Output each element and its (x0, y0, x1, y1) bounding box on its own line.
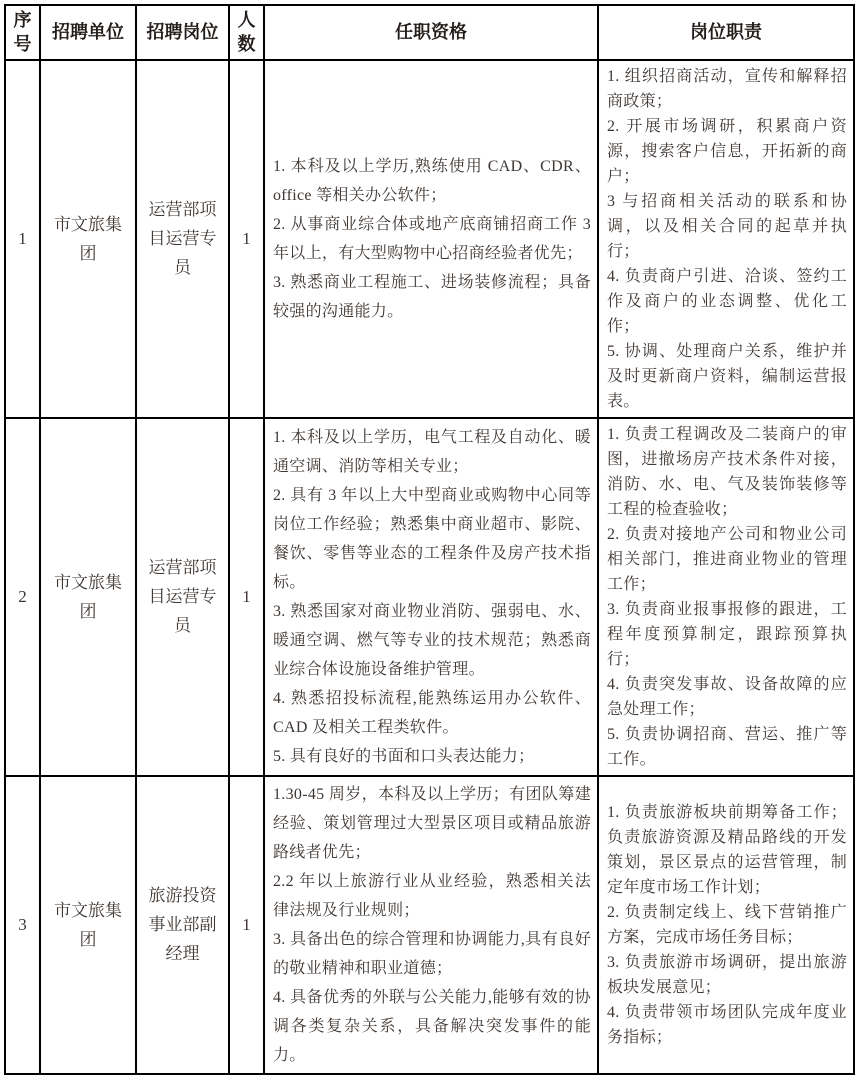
row-2-headcount-cell: 1 (229, 418, 264, 776)
text-item: 3 与招商相关活动的联系和协调，以及相关合同的起草并执行； (607, 189, 847, 264)
text-item: 1. 本科及以上学历，电气工程及自动化、暖通空调、消防等相关专业； (273, 423, 591, 481)
row-2-qualifications-cell: 1. 本科及以上学历，电气工程及自动化、暖通空调、消防等相关专业；2. 具有 3… (264, 418, 598, 776)
row-2-unit-cell: 市文旅集团 (40, 418, 136, 776)
row-3-no-cell: 3 (5, 776, 40, 1074)
text-item: 3. 熟悉国家对商业物业消防、强弱电、水、暖通空调、燃气等专业的技术规范；熟悉商… (273, 597, 591, 684)
text-item: 5. 负责协调招商、营运、推广等工作。 (607, 722, 847, 772)
text-item: 1. 组织招商活动，宣传和解释招商政策； (607, 64, 847, 114)
text-item: 4. 负责带领市场团队完成年度业务指标； (607, 1000, 847, 1050)
row-1-position-cell: 运营部项目运营专员 (136, 60, 229, 418)
header-cell-qualifications: 任职资格 (264, 5, 598, 60)
text-item: 3. 负责商业报事报修的跟进，工程年度预算制定，跟踪预算执行； (607, 597, 847, 672)
row-3-position-cell: 旅游投资事业部副经理 (136, 776, 229, 1074)
text-item: 2. 负责对接地产公司和物业公司相关部门，推进商业物业的管理工作； (607, 522, 847, 597)
text-item: 4. 熟悉招投标流程,能熟练运用办公软件、CAD 及相关工程类软件。 (273, 684, 591, 742)
text-item: 3. 负责旅游市场调研，提出旅游板块发展意见； (607, 950, 847, 1000)
text-item: 5. 具有良好的书面和口头表达能力； (273, 742, 591, 771)
row-1-no-cell: 1 (5, 60, 40, 418)
row-1-qualifications-cell: 1. 本科及以上学历,熟练使用 CAD、CDR、office 等相关办公软件；2… (264, 60, 598, 418)
text-item: 2. 负责制定线上、线下营销推广方案，完成市场任务目标； (607, 900, 847, 950)
header-row: 序号 招聘单位 招聘岗位 人数 任职资格 岗位职责 (5, 5, 854, 60)
header-cell-no: 序号 (5, 5, 40, 60)
row-3-responsibilities-cell: 1. 负责旅游板块前期筹备工作；负责旅游资源及精品路线的开发策划，景区景点的运营… (598, 776, 854, 1074)
text-item: 4. 负责商户引进、洽谈、签约工作及商户的业态调整、优化工作； (607, 264, 847, 339)
text-item: 4. 具备优秀的外联与公关能力,能够有效的协调各类复杂关系，具备解决突发事件的能… (273, 983, 591, 1070)
row-1-responsibilities-cell: 1. 组织招商活动，宣传和解释招商政策；2. 开展市场调研，积累商户资源，搜索客… (598, 60, 854, 418)
text-item: 1. 本科及以上学历,熟练使用 CAD、CDR、office 等相关办公软件； (273, 152, 591, 210)
text-item: 2. 开展市场调研，积累商户资源，搜索客户信息，开拓新的商户； (607, 114, 847, 189)
text-item: 3. 具备出色的综合管理和协调能力,具有良好的敬业精神和职业道德； (273, 925, 591, 983)
row-1-unit-cell: 市文旅集团 (40, 60, 136, 418)
row-3-unit-cell: 市文旅集团 (40, 776, 136, 1074)
table-row-2: 2 市文旅集团 运营部项目运营专员 1 1. 本科及以上学历，电气工程及自动化、… (5, 418, 854, 776)
text-item: 3. 熟悉商业工程施工、进场装修流程；具备较强的沟通能力。 (273, 268, 591, 326)
table-row-1: 1 市文旅集团 运营部项目运营专员 1 1. 本科及以上学历,熟练使用 CAD、… (5, 60, 854, 418)
text-item: 1. 负责旅游板块前期筹备工作；负责旅游资源及精品路线的开发策划，景区景点的运营… (607, 800, 847, 900)
row-1-headcount-cell: 1 (229, 60, 264, 418)
row-3-headcount-cell: 1 (229, 776, 264, 1074)
text-item: 1. 负责工程调改及二装商户的审图，进撤场房产技术条件对接，消防、水、电、气及装… (607, 422, 847, 522)
text-item: 1.30-45 周岁，本科及以上学历；有团队筹建经验、策划管理过大型景区项目或精… (273, 780, 591, 867)
recruitment-table: 序号 招聘单位 招聘岗位 人数 任职资格 岗位职责 1 市文旅集团 运营部项目运… (4, 4, 855, 1075)
header-cell-headcount: 人数 (229, 5, 264, 60)
text-item: 5. 协调、处理商户关系，维护并及时更新商户资料，编制运营报表。 (607, 339, 847, 414)
row-2-position-cell: 运营部项目运营专员 (136, 418, 229, 776)
row-3-qualifications-cell: 1.30-45 周岁，本科及以上学历；有团队筹建经验、策划管理过大型景区项目或精… (264, 776, 598, 1074)
text-item: 2. 具有 3 年以上大中型商业或购物中心同等岗位工作经验；熟悉集中商业超市、影… (273, 481, 591, 597)
header-cell-unit: 招聘单位 (40, 5, 136, 60)
text-item: 2.2 年以上旅游行业从业经验，熟悉相关法律法规及行业规则； (273, 867, 591, 925)
document-page: 序号 招聘单位 招聘岗位 人数 任职资格 岗位职责 1 市文旅集团 运营部项目运… (0, 0, 858, 889)
table-row-3: 3 市文旅集团 旅游投资事业部副经理 1 1.30-45 周岁，本科及以上学历；… (5, 776, 854, 1074)
text-item: 4. 负责突发事故、设备故障的应急处理工作； (607, 672, 847, 722)
header-cell-responsibilities: 岗位职责 (598, 5, 854, 60)
row-2-responsibilities-cell: 1. 负责工程调改及二装商户的审图，进撤场房产技术条件对接，消防、水、电、气及装… (598, 418, 854, 776)
row-2-no-cell: 2 (5, 418, 40, 776)
header-cell-position: 招聘岗位 (136, 5, 229, 60)
text-item: 2. 从事商业综合体或地产底商铺招商工作 3 年以上，有大型购物中心招商经验者优… (273, 210, 591, 268)
